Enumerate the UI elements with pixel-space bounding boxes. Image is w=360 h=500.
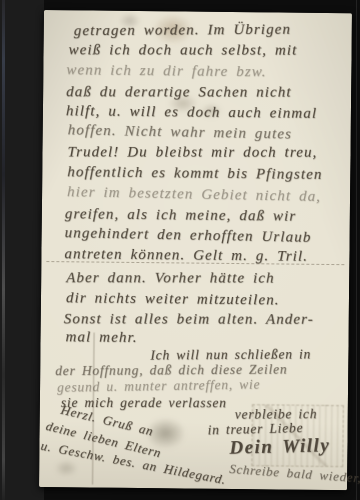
photo-edge-highlight	[2, 0, 5, 500]
handwritten-line: hoffentlich es kommt bis Pfingsten	[67, 164, 322, 184]
handwritten-line: dir nichts weiter mitzuteilen.	[66, 290, 280, 309]
handwritten-line: hoffen. Nicht wahr mein gutes	[68, 122, 293, 143]
photo-background-band	[0, 0, 44, 500]
handwritten-line: antreten können. Gelt m. g. Tril.	[64, 246, 308, 266]
handwritten-line: greifen, als ich meine, daß wir	[65, 206, 297, 225]
handwritten-line: mal mehr.	[65, 329, 137, 347]
handwritten-line: daß du derartige Sachen nicht	[66, 84, 292, 101]
handwritten-line: hilft, u. will es doch auch einmal	[66, 103, 317, 123]
handwritten-line: ungehindert den erhofften Urlaub	[65, 225, 312, 247]
handwritten-line: weiß ich doch auch selbst, mit	[69, 42, 298, 59]
handwritten-line: Sonst ist alles beim alten. Ander-	[64, 311, 314, 328]
handwritten-line: Trudel! Du bleibst mir doch treu,	[67, 144, 317, 161]
handwritten-line: getragen worden. Im Übrigen	[74, 22, 291, 41]
photo-of-handwritten-postcard: getragen worden. Im Übrigen weiß ich doc…	[0, 0, 360, 500]
signature: Dein Willy	[229, 435, 330, 459]
handwritten-line: wenn ich zu dir fahre bzw.	[66, 62, 266, 81]
handwritten-line: gesund u. munter antreffen, wie	[57, 377, 261, 396]
postcard-back: getragen worden. Im Übrigen weiß ich doc…	[39, 10, 352, 490]
handwritten-line: hier im besetzten Gebiet nicht da,	[67, 184, 321, 206]
handwritten-line: Aber dann. Vorher hätte ich	[66, 270, 275, 287]
photo-edge-line	[356, 0, 357, 500]
